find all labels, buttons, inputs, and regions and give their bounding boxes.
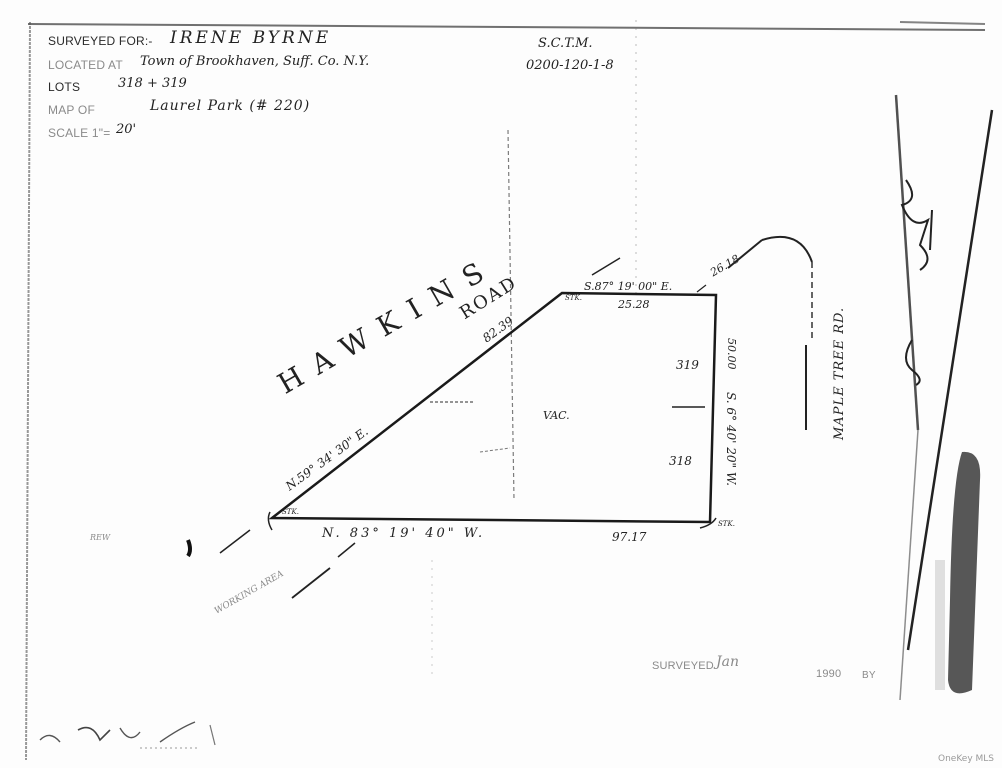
surveyed-by-label: BY: [862, 670, 876, 681]
scale-value: 20': [116, 122, 136, 137]
located-at-label: LOCATED AT: [48, 58, 123, 72]
map-of-label: MAP OF: [48, 103, 95, 117]
south-distance: 97.17: [612, 530, 646, 544]
east-distance: 50.00: [725, 338, 738, 370]
east-bearing: S. 6° 40' 20" W.: [724, 392, 738, 486]
side-road-name: MAPLE TREE RD.: [832, 307, 847, 440]
stake-label-sw: STK.: [282, 508, 299, 516]
stake-label-se: STK.: [718, 520, 735, 528]
lot-319-label: 319: [676, 358, 699, 372]
tax-map-number: 0200-120-1-8: [526, 58, 614, 73]
north-bearing: S.87° 19' 00" E.: [584, 280, 672, 293]
surveyed-for-label: SURVEYED FOR:-: [48, 34, 153, 48]
tax-map-label: S.C.T.M.: [538, 36, 593, 51]
survey-year: 1990: [816, 668, 841, 680]
surveyed-label: SURVEYED: [652, 660, 714, 672]
stake-label-nw: STK.: [565, 294, 582, 302]
map-of-value: Laurel Park (# 220): [150, 98, 310, 114]
lots-value: 318 + 319: [118, 76, 187, 91]
vacant-label: VAC.: [543, 409, 570, 422]
lots-label: LOTS: [48, 80, 80, 94]
located-at-value: Town of Brookhaven, Suff. Co. N.Y.: [140, 54, 369, 69]
faint-note: REW: [90, 533, 110, 542]
north-distance: 25.28: [618, 298, 650, 311]
survey-document: SURVEYED FOR:- IRENE BYRNE LOCATED AT To…: [0, 0, 1002, 768]
south-bearing: N. 83° 19' 40" W.: [322, 526, 485, 541]
surveyed-value: Jan: [716, 654, 739, 670]
surveyed-for-value: IRENE BYRNE: [170, 28, 331, 48]
scale-label: SCALE 1"=: [48, 126, 110, 140]
watermark: OneKey MLS: [938, 754, 994, 764]
survey-drawing: [0, 0, 1002, 768]
lot-318-label: 318: [669, 454, 692, 468]
